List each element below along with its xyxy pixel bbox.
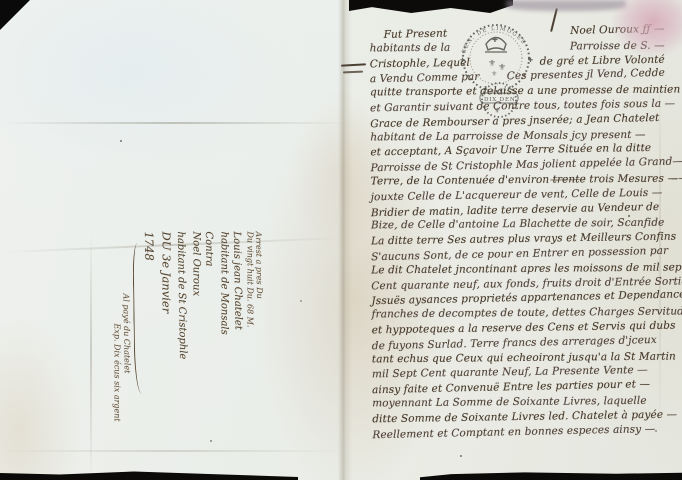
docket-line: Al payé du Chatelet (120, 293, 132, 419)
fleur-de-lis-icon: ⚜ (494, 107, 500, 115)
stamp-band-text: DIX DEN. (484, 97, 518, 103)
docket-line: Exp. Dix écus six argent (112, 324, 122, 420)
fleur-de-lis-icon: ⚜ (498, 63, 506, 73)
stamp-side-cross: ✚ (460, 57, 465, 64)
stamp-side-cross: ✚ (528, 57, 533, 64)
paper-specks (120, 140, 122, 142)
horizontal-crease (0, 122, 348, 124)
docket-endorsement: Arrest a pres DuDu vingt huit Du. 68 M.L… (100, 232, 265, 420)
fleur-de-lis-icon: ⚜ (488, 59, 496, 69)
pink-seal-stain (610, 0, 682, 58)
stamp-crown-cross: ✚ (492, 36, 498, 44)
vertical-crease (90, 230, 92, 480)
fleur-de-lis-icon: ⚜ (491, 70, 497, 78)
scanned-document: Fut PresentNoel Ouroux ƒƒ —habitants de … (0, 0, 682, 480)
docket-line: 1748 (141, 231, 160, 419)
horizontal-crease (0, 450, 344, 452)
docket-line: Arrest a pres Du (253, 231, 266, 419)
docket-line: DU 3e Janvier (159, 232, 175, 420)
scan-smudge-top (506, 0, 626, 11)
tax-stamp-icon: GEN. DE LIMOGES ✚ ⚜ ⚜ ⚜ ✚ ✚ DIX DEN. ⚜ (448, 16, 548, 118)
docket-flourish-line (132, 243, 141, 393)
